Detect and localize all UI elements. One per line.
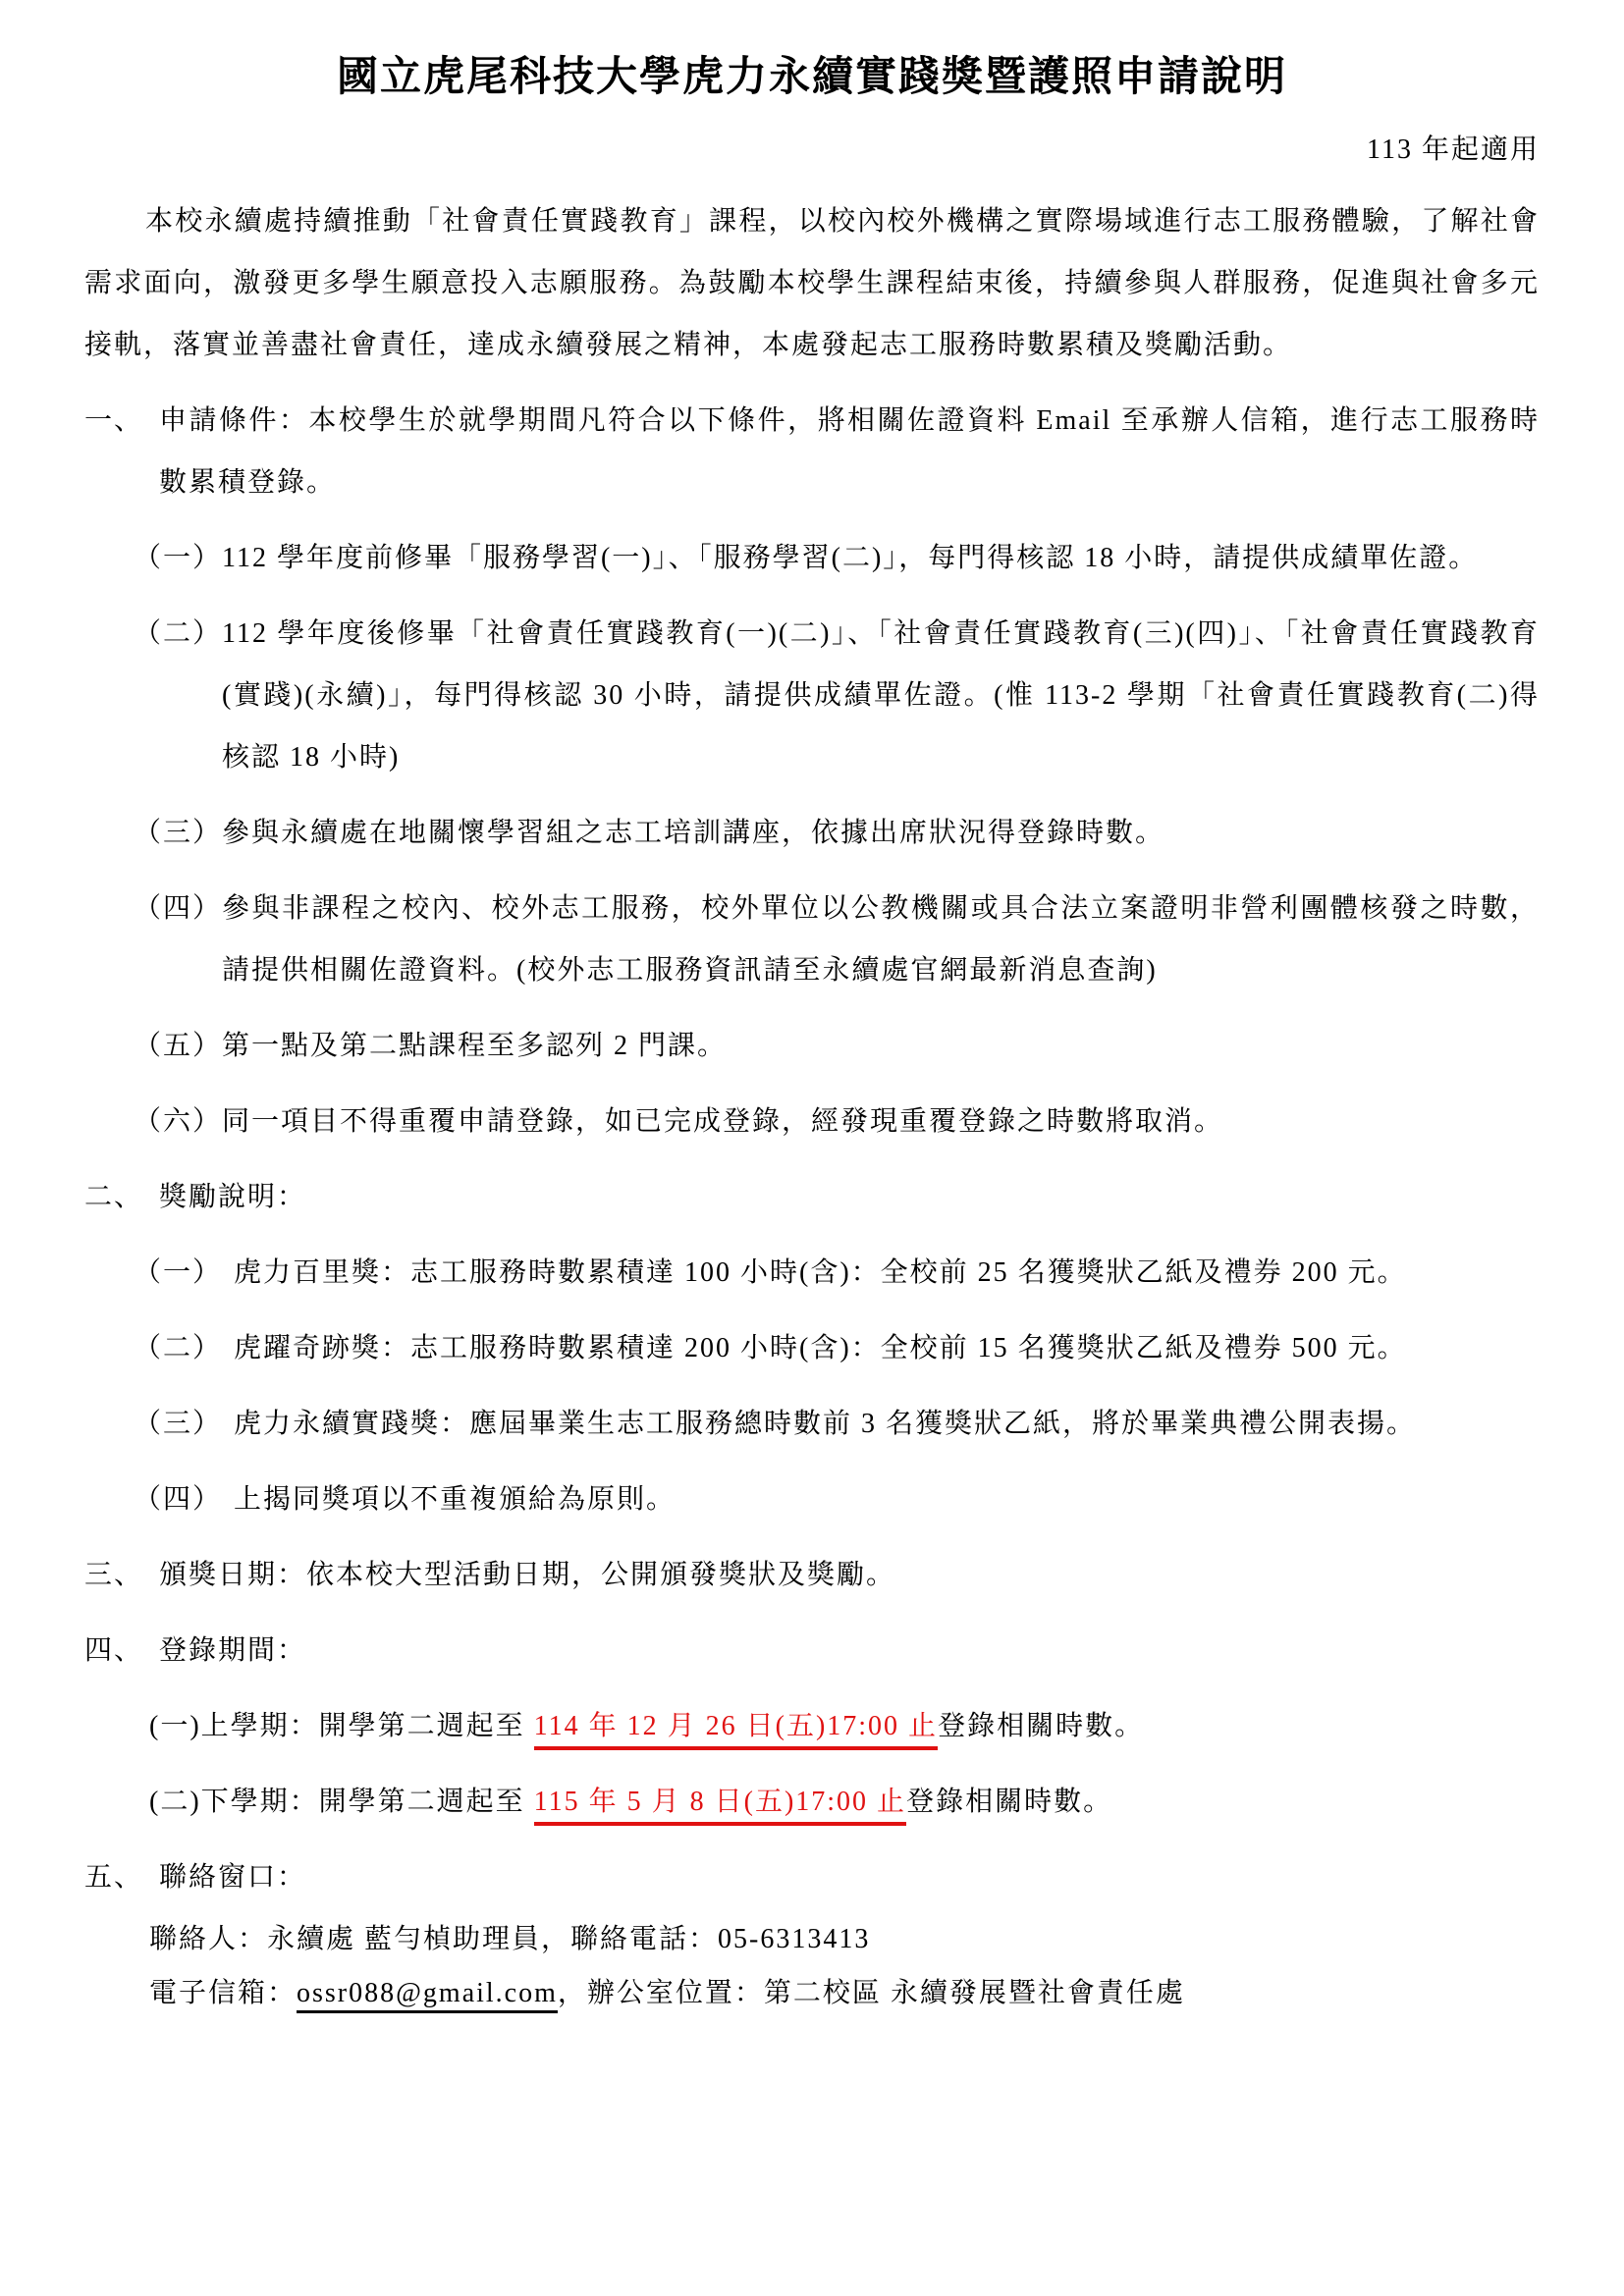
item-text: 112 學年度後修畢「社會責任實踐教育(一)(二)」、「社會責任實踐教育(三)(… bbox=[222, 603, 1540, 788]
section-rewards: 二、 獎勵說明： bbox=[84, 1166, 1540, 1228]
section-heading: 聯絡窗口： bbox=[159, 1846, 1540, 1908]
section-registration-period: 四、 登錄期間： bbox=[84, 1620, 1540, 1682]
registration-deadline-spring: 115 年 5 月 8 日(五)17:00 止 bbox=[534, 1787, 906, 1826]
item-marker: （二） bbox=[134, 1317, 234, 1379]
section-contact: 五、 聯絡窗口： bbox=[84, 1846, 1540, 1908]
section-number: 一、 bbox=[84, 390, 159, 513]
item-text: 參與非課程之校內、校外志工服務，校外單位以公教機關或具合法立案證明非營利團體核發… bbox=[222, 878, 1540, 1001]
registration-item-fall: (一)上學期：開學第二週起至 114 年 12 月 26 日(五)17:00 止… bbox=[149, 1695, 1540, 1757]
list-item: （四） 參與非課程之校內、校外志工服務，校外單位以公教機關或具合法立案證明非營利… bbox=[134, 878, 1540, 1001]
item-text: 參與永續處在地關懷學習組之志工培訓講座，依據出席狀況得登錄時數。 bbox=[222, 802, 1540, 864]
item-marker: (一) bbox=[149, 1711, 201, 1741]
office-location-text: ，辦公室位置：第二校區 永續發展暨社會責任處 bbox=[558, 1978, 1185, 2008]
document-page: 國立虎尾科技大學虎力永續實踐獎暨護照申請說明 113 年起適用 本校永續處持續推… bbox=[0, 0, 1624, 2296]
section-heading: 頒獎日期：依本校大型活動日期，公開頒發獎狀及獎勵。 bbox=[159, 1544, 1540, 1606]
item-marker: （三） bbox=[134, 1393, 234, 1455]
item-marker: （六） bbox=[134, 1091, 222, 1152]
item-marker: (二) bbox=[149, 1787, 201, 1817]
list-item: （六） 同一項目不得重覆申請登錄，如已完成登錄，經發現重覆登錄之時數將取消。 bbox=[134, 1091, 1540, 1152]
item-text-suffix: 登錄相關時數。 bbox=[938, 1711, 1144, 1741]
list-item: （四） 上揭同獎項以不重複頒給為原則。 bbox=[134, 1468, 1540, 1530]
item-marker: （二） bbox=[134, 603, 222, 788]
item-text: 上揭同獎項以不重複頒給為原則。 bbox=[234, 1468, 1540, 1530]
item-marker: （四） bbox=[134, 878, 222, 1001]
list-item: （三） 虎力永續實踐獎：應屆畢業生志工服務總時數前 3 名獲獎狀乙紙，將於畢業典… bbox=[134, 1393, 1540, 1455]
registration-item-spring: (二)下學期：開學第二週起至 115 年 5 月 8 日(五)17:00 止登錄… bbox=[149, 1771, 1540, 1833]
section-application-conditions: 一、 申請條件：本校學生於就學期間凡符合以下條件，將相關佐證資料 Email 至… bbox=[84, 390, 1540, 513]
section-number: 二、 bbox=[84, 1166, 159, 1228]
section-heading: 獎勵說明： bbox=[159, 1166, 1540, 1228]
list-item: （二） 虎躍奇跡獎：志工服務時數累積達 200 小時(含)：全校前 15 名獲獎… bbox=[134, 1317, 1540, 1379]
item-marker: （三） bbox=[134, 802, 222, 864]
email-link[interactable]: ossr088@gmail.com bbox=[297, 1978, 558, 2013]
list-item: （三） 參與永續處在地關懷學習組之志工培訓講座，依據出席狀況得登錄時數。 bbox=[134, 802, 1540, 864]
item-marker: （一） bbox=[134, 1242, 234, 1304]
list-item: （二） 112 學年度後修畢「社會責任實踐教育(一)(二)」、「社會責任實踐教育… bbox=[134, 603, 1540, 788]
registration-deadline-fall: 114 年 12 月 26 日(五)17:00 止 bbox=[534, 1711, 938, 1750]
section-award-date: 三、 頒獎日期：依本校大型活動日期，公開頒發獎狀及獎勵。 bbox=[84, 1544, 1540, 1606]
effective-date-note: 113 年起適用 bbox=[84, 119, 1540, 181]
rewards-list: （一） 虎力百里獎：志工服務時數累積達 100 小時(含)：全校前 25 名獲獎… bbox=[134, 1242, 1540, 1530]
intro-paragraph: 本校永續處持續推動「社會責任實踐教育」課程，以校內校外機構之實際場域進行志工服務… bbox=[84, 190, 1540, 376]
item-text-suffix: 登錄相關時數。 bbox=[906, 1787, 1112, 1817]
application-conditions-list: （一） 112 學年度前修畢「服務學習(一)」、「服務學習(二)」，每門得核認 … bbox=[134, 527, 1540, 1152]
section-heading: 登錄期間： bbox=[159, 1620, 1540, 1682]
section-heading: 申請條件：本校學生於就學期間凡符合以下條件，將相關佐證資料 Email 至承辦人… bbox=[159, 390, 1540, 513]
item-text: 虎力永續實踐獎：應屆畢業生志工服務總時數前 3 名獲獎狀乙紙，將於畢業典禮公開表… bbox=[234, 1393, 1540, 1455]
contact-info: 聯絡人：永續處 藍勻楨助理員，聯絡電話：05-6313413 電子信箱：ossr… bbox=[149, 1912, 1540, 2020]
item-text-prefix: 下學期：開學第二週起至 bbox=[201, 1787, 534, 1817]
item-text: 虎力百里獎：志工服務時數累積達 100 小時(含)：全校前 25 名獲獎狀乙紙及… bbox=[234, 1242, 1540, 1304]
section-number: 五、 bbox=[84, 1846, 159, 1908]
item-marker: （五） bbox=[134, 1015, 222, 1077]
section-number: 三、 bbox=[84, 1544, 159, 1606]
item-text: 虎躍奇跡獎：志工服務時數累積達 200 小時(含)：全校前 15 名獲獎狀乙紙及… bbox=[234, 1317, 1540, 1379]
item-marker: （一） bbox=[134, 527, 222, 589]
item-text: 112 學年度前修畢「服務學習(一)」、「服務學習(二)」，每門得核認 18 小… bbox=[222, 527, 1540, 589]
section-number: 四、 bbox=[84, 1620, 159, 1682]
item-marker: （四） bbox=[134, 1468, 234, 1530]
item-text-prefix: 上學期：開學第二週起至 bbox=[201, 1711, 534, 1741]
item-text: 第一點及第二點課程至多認列 2 門課。 bbox=[222, 1015, 1540, 1077]
item-text: 同一項目不得重覆申請登錄，如已完成登錄，經發現重覆登錄之時數將取消。 bbox=[222, 1091, 1540, 1152]
list-item: （五） 第一點及第二點課程至多認列 2 門課。 bbox=[134, 1015, 1540, 1077]
list-item: （一） 虎力百里獎：志工服務時數累積達 100 小時(含)：全校前 25 名獲獎… bbox=[134, 1242, 1540, 1304]
contact-person-line: 聯絡人：永續處 藍勻楨助理員，聯絡電話：05-6313413 bbox=[149, 1912, 1540, 1966]
list-item: （一） 112 學年度前修畢「服務學習(一)」、「服務學習(二)」，每門得核認 … bbox=[134, 527, 1540, 589]
contact-email-line: 電子信箱：ossr088@gmail.com，辦公室位置：第二校區 永續發展暨社… bbox=[149, 1966, 1540, 2020]
page-title: 國立虎尾科技大學虎力永續實踐獎暨護照申請說明 bbox=[84, 51, 1540, 105]
email-label: 電子信箱： bbox=[149, 1978, 297, 2008]
